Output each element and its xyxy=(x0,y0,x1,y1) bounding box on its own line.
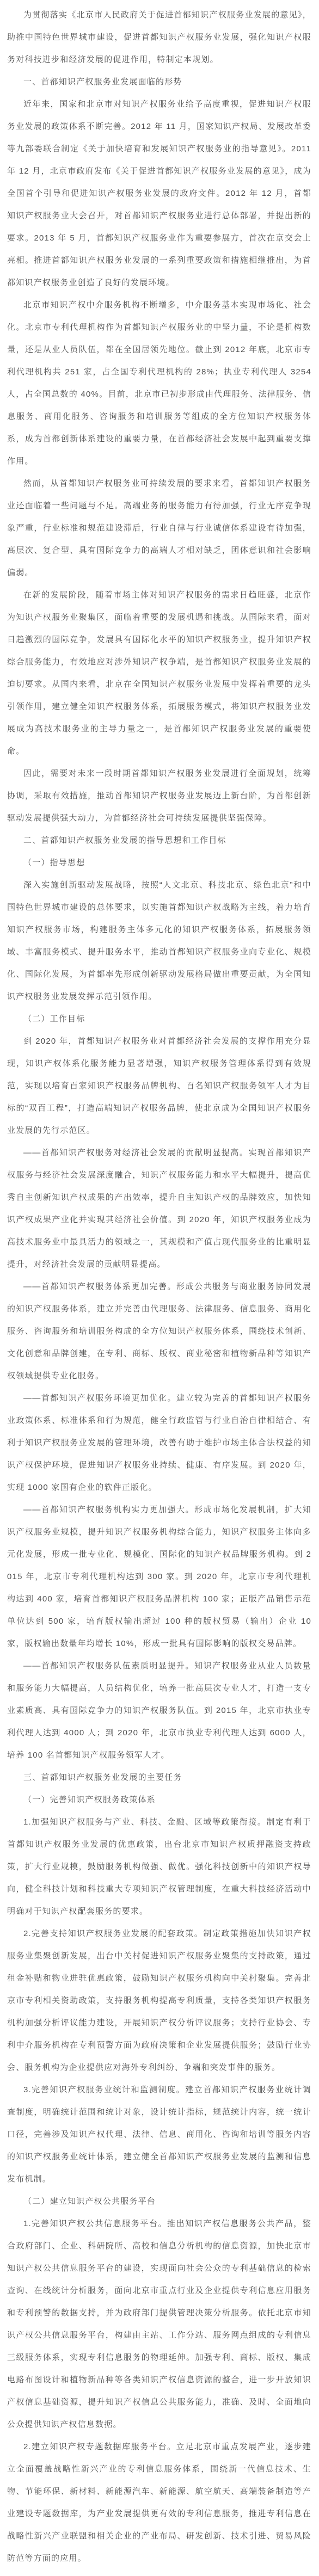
goal-item: ——首都知识产权服务队伍素质明显提升。知识产权服务业从业人员数量和服务能力大幅提… xyxy=(7,1655,311,1766)
paragraph: 在新的发展阶段，随着市场主体对知识产权服务的需求日趋旺盛，北京作为知识产权服务业… xyxy=(7,584,311,762)
paragraph: 然而，从首都知识产权服务业可持续发展的要求来看，首都知识产权服务业还面临着一些问… xyxy=(7,472,311,584)
goal-item: ——首都知识产权服务环境更加优化。建立较为完善的首都知识产权服务业政策体系、标准… xyxy=(7,1387,311,1499)
goal-item: ——首都知识产权服务体系更加完善。形成公共服务与商业服务协同发展的知识产权服务体… xyxy=(7,1275,311,1387)
task-item: 2.完善支持知识产权服务业发展的配套政策。制定政策措施加快知识产权服务业集聚创新… xyxy=(7,1922,311,2079)
paragraph: 因此，需要对未来一段时期首都知识产权服务业发展进行全面规划，统筹协调，采取有效措… xyxy=(7,762,311,829)
section-3-heading: 三、首都知识产权服务业发展的主要任务 xyxy=(7,1766,311,1789)
subsection-heading: （二）工作目标 xyxy=(7,1008,311,1030)
document-body: 为贯彻落实《北京市人民政府关于促进首都知识产权服务业发展的意见》，助推中国特色世… xyxy=(0,0,319,2576)
subsection-heading: （一）完善知识产权服务政策体系 xyxy=(7,1789,311,1811)
task-item: 1.完善知识产权公共信息服务平台。推出知识产权信息服务公共产品，整合政府部门、企… xyxy=(7,2213,311,2436)
task-item: 1.加强知识产权服务与产业、科技、金融、区域等政策衔接。制定有利于首都知识产权服… xyxy=(7,1811,311,1922)
goal-item: ——首都知识产权服务机构实力更加强大。形成市场化发展机制，扩大知识产权服务业规模… xyxy=(7,1499,311,1655)
paragraph: 深入实施创新驱动发展战略，按照“人文北京、科技北京、绿色北京”和中国特色世界城市… xyxy=(7,874,311,1008)
subsection-heading: （二）建立知识产权公共服务平台 xyxy=(7,2190,311,2213)
subsection-heading: （一）指导思想 xyxy=(7,852,311,874)
paragraph: 北京市知识产权中介服务机构不断增多，中介服务基本实现市场化、社会化。北京市专利代… xyxy=(7,294,311,472)
paragraph: 到 2020 年，首都知识产权服务业对首都经济社会发展的支撑作用充分显现，知识产… xyxy=(7,1030,311,1142)
section-2-heading: 二、首都知识产权服务业发展的指导思想和工作目标 xyxy=(7,829,311,852)
paragraph: 近年来，国家和北京市对知识产权服务业给予高度重视，促进知识产权服务业发展的政策体… xyxy=(7,93,311,294)
section-1-heading: 一、首都知识产权服务业发展面临的形势 xyxy=(7,71,311,93)
goal-item: ——首都知识产权服务对经济社会发展的贡献明显提高。实现首都知识产权服务与经济社会… xyxy=(7,1142,311,1275)
task-item: 2.建立知识产权专题数据库服务平台。立足北京市重点发展产业，逐步建立全面覆盖战略… xyxy=(7,2436,311,2569)
intro-paragraph: 为贯彻落实《北京市人民政府关于促进首都知识产权服务业发展的意见》，助推中国特色世… xyxy=(7,4,311,71)
task-item: 3.完善知识产权服务业统计和监测制度。建立首都知识产权服务业统计调查制度，明确统… xyxy=(7,2079,311,2190)
